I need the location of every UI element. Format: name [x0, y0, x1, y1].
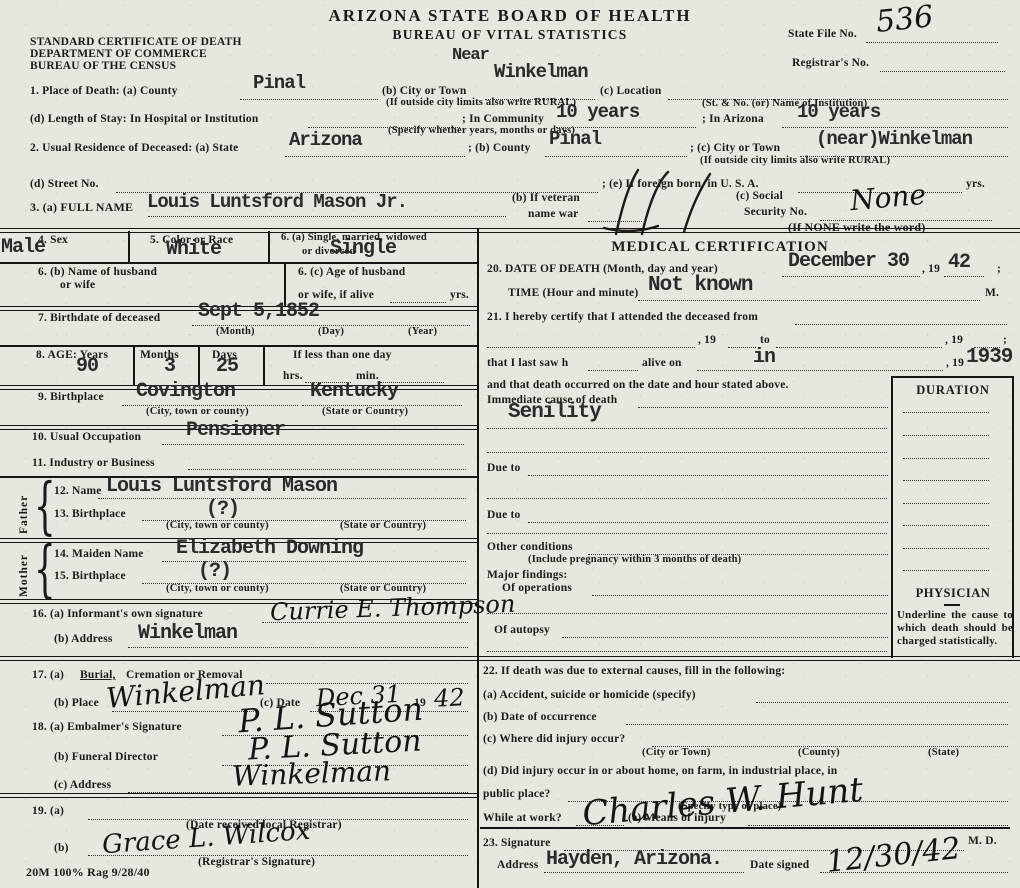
public-place-label: public place? — [483, 788, 550, 800]
birthdate-label: 7. Birthdate of deceased — [38, 312, 160, 324]
dotted-line — [782, 274, 920, 277]
dotted-line — [756, 700, 1008, 703]
dotted-line — [903, 478, 989, 481]
residence-state-value: Arizona — [289, 129, 362, 151]
less-than-day-label: If less than one day — [293, 349, 392, 361]
length-of-stay-label: (d) Length of Stay: In Hospital or Insti… — [30, 113, 258, 125]
in-community-label: ; In Community — [462, 113, 544, 125]
city-or-town-sublabel: (City or Town) — [642, 747, 711, 758]
dotted-line — [562, 635, 888, 638]
ink-scrawl-icon — [598, 168, 758, 236]
row-divider — [0, 345, 478, 347]
burial-place-label: (b) Place — [54, 697, 99, 709]
hrs-label: hrs. — [283, 370, 303, 382]
document-title: ARIZONA STATE BOARD OF HEALTH — [300, 6, 720, 26]
dotted-line — [528, 473, 888, 476]
mother-birthplace-label: 15. Birthplace — [54, 570, 126, 582]
registrar-no-label: Registrar's No. — [792, 57, 869, 69]
yrs-label-2: yrs. — [450, 289, 469, 301]
dotted-line — [545, 154, 687, 157]
physician-instructions: Underline the cause to which death shoul… — [897, 609, 1013, 648]
other-conditions-label: Other conditions — [487, 541, 573, 553]
dotted-line — [487, 649, 887, 652]
of-autopsy-label: Of autopsy — [494, 624, 550, 636]
mother-brace: { — [34, 539, 56, 599]
form-issuer-line3: BUREAU OF THE CENSUS — [30, 60, 176, 72]
county-sublabel: (County) — [798, 747, 840, 758]
dotted-line — [944, 274, 984, 277]
husband-name-label-1: 6. (b) Name of husband — [38, 266, 157, 278]
burial-label: Burial, — [80, 669, 116, 681]
dotted-line — [128, 645, 468, 648]
heading-dash — [944, 604, 960, 606]
external-causes-label: 22. If death was due to external causes,… — [483, 665, 785, 677]
form-issuer-line1: STANDARD CERTIFICATE OF DEATH — [30, 36, 242, 48]
state-country-sublabel: (State or Country) — [340, 520, 426, 531]
time-of-death-value: Not known — [648, 274, 752, 297]
dotted-line — [903, 523, 989, 526]
mother-maiden-name-value: Elizabeth Downing — [176, 537, 363, 560]
dotted-line — [638, 405, 888, 408]
physician-heading: PHYSICIAN — [893, 586, 1013, 601]
date-of-occurrence-label: (b) Date of occurrence — [483, 711, 597, 723]
cell-divider — [198, 345, 200, 385]
race-value: White — [166, 238, 221, 261]
date-signed-label: Date signed — [750, 859, 809, 871]
semicolon: ; — [1003, 334, 1007, 346]
last-saw-year-value: 1939 — [966, 346, 1012, 369]
arizona-years-value: 10 years — [797, 101, 880, 123]
dotted-line — [240, 97, 378, 100]
major-findings-label: Major findings: — [487, 569, 567, 581]
duration-box-border — [891, 376, 1014, 378]
city-town-county-sublabel: (City, town or county) — [166, 520, 269, 531]
registrar-signature-sublabel: (Registrar's Signature) — [198, 856, 315, 868]
father-birthplace-label: 13. Birthplace — [54, 508, 126, 520]
dotted-line — [776, 345, 942, 348]
mother-side-label: Mother — [18, 545, 30, 597]
duration-box-border — [891, 376, 893, 658]
death-certificate-document: STANDARD CERTIFICATE OF DEATH DEPARTMENT… — [0, 0, 1020, 888]
year-prefix: , 19 — [946, 357, 964, 369]
meridiem-label: M. — [985, 287, 999, 299]
dotted-line — [638, 298, 980, 301]
dotted-line — [148, 214, 506, 217]
row-divider — [0, 656, 478, 661]
dotted-line — [880, 69, 1005, 72]
informant-address-label: (b) Address — [54, 633, 113, 645]
registrar-received-label: 19. (a) — [32, 805, 64, 817]
injury-location-label: (d) Did injury occur in or about home, o… — [483, 765, 837, 777]
city-typed-winkelman: Winkelman — [494, 61, 588, 83]
row-divider — [0, 793, 478, 798]
alive-on-label: alive on — [642, 357, 682, 369]
industry-label: 11. Industry or Business — [32, 457, 155, 469]
state-sublabel: (State) — [928, 747, 959, 758]
dotted-line — [487, 496, 887, 499]
rural-note-2: (If outside city limits also write RURAL… — [700, 155, 890, 166]
state-country-sublabel: (State or Country) — [322, 406, 408, 417]
dotted-line — [188, 467, 466, 470]
city-town-county-sublabel: (City, town or county) — [166, 583, 269, 594]
in-arizona-label: ; In Arizona — [702, 113, 764, 125]
dotted-line — [285, 154, 465, 157]
dotted-line — [697, 368, 943, 371]
informant-address-value: Winkelman — [138, 622, 237, 645]
occupation-value: Pensioner — [186, 419, 285, 442]
dotted-line — [162, 442, 464, 445]
burial-year-handwritten: 42 — [433, 683, 465, 713]
cell-divider — [263, 345, 265, 385]
father-name-label: 12. Name — [54, 485, 102, 497]
specify-note: (Specify whether years, months or days) — [388, 125, 575, 136]
city-town-county-sublabel: (City, town or county) — [146, 406, 249, 417]
husband-age-label-1: 6. (c) Age of husband — [298, 266, 405, 278]
physician-address-value: Hayden, Arizona. — [546, 848, 722, 871]
sex-value: Male — [1, 236, 45, 259]
yrs-label: yrs. — [966, 178, 985, 190]
death-occurred-label: and that death occurred on the date and … — [487, 379, 789, 391]
physician-address-label: Address — [497, 859, 538, 871]
street-no-label: (d) Street No. — [30, 178, 99, 190]
row-divider — [0, 385, 478, 390]
death-year-value: 42 — [948, 251, 970, 274]
dotted-line — [903, 501, 989, 504]
registrar-signature-item: (b) — [54, 842, 69, 854]
dotted-line — [528, 520, 888, 523]
md-label: M. D. — [968, 835, 997, 847]
state-file-number-handwritten: 536 — [874, 0, 935, 40]
mother-maiden-name-label: 14. Maiden Name — [54, 548, 144, 560]
last-saw-label: that I last saw h — [487, 357, 568, 369]
year-prefix: , 19 — [698, 334, 716, 346]
mother-birthplace-value: (?) — [198, 560, 231, 583]
dotted-line — [903, 456, 989, 459]
dotted-line — [487, 345, 695, 348]
dotted-line — [903, 410, 989, 413]
birthplace-city-value: Covington — [136, 380, 235, 403]
dotted-line — [795, 322, 1007, 325]
informant-signature-label: 16. (a) Informant's own signature — [32, 608, 203, 620]
rule-line — [480, 827, 1010, 829]
birthdate-value: Sept 5,1852 — [198, 300, 319, 323]
dotted-line — [390, 300, 446, 303]
print-stock-note: 20M 100% Rag 9/28/40 — [26, 865, 150, 880]
pregnancy-note: (Include pregnancy within 3 months of de… — [528, 554, 741, 565]
if-veteran-label: (b) If veteran — [512, 192, 580, 204]
father-birthplace-value: (?) — [206, 498, 239, 521]
residence-city-label: ; (c) City or Town — [690, 142, 780, 154]
to-label: to — [760, 334, 770, 346]
funeral-address-label: (c) Address — [54, 779, 111, 791]
age-days-value: 25 — [216, 355, 238, 378]
year-sublabel: (Year) — [408, 326, 437, 337]
due-to-label: Due to — [487, 462, 520, 474]
age-years-value: 90 — [76, 355, 98, 378]
dotted-line — [487, 426, 887, 429]
place-of-death-label: 1. Place of Death: (a) County — [30, 85, 178, 97]
section-divider — [478, 656, 1020, 661]
dotted-line — [748, 823, 1008, 826]
dotted-line — [903, 433, 989, 436]
residence-county-value: Pinal — [549, 128, 601, 150]
dotted-line — [728, 345, 756, 348]
full-name-value: Louis Luntsford Mason Jr. — [147, 191, 407, 213]
dotted-line — [487, 611, 887, 614]
form-issuer-line2: DEPARTMENT OF COMMERCE — [30, 48, 207, 60]
location-label: (c) Location — [600, 85, 661, 97]
month-sublabel: (Month) — [216, 326, 255, 337]
county-value: Pinal — [253, 72, 305, 94]
city-or-town-label: (b) City or Town — [382, 85, 466, 97]
accident-suicide-label: (a) Accident, suicide or homicide (speci… — [483, 689, 696, 701]
physician-signature-label: 23. Signature — [483, 837, 551, 849]
year-prefix: , 19 — [945, 334, 963, 346]
certify-attended-label: 21. I hereby certify that I attended the… — [487, 311, 758, 323]
cell-divider — [268, 231, 270, 262]
funeral-director-label: (b) Funeral Director — [54, 751, 158, 763]
dotted-line — [588, 368, 638, 371]
document-subtitle: BUREAU OF VITAL STATISTICS — [300, 27, 720, 43]
column-divider — [477, 228, 479, 888]
birthplace-label: 9. Birthplace — [38, 391, 104, 403]
husband-name-label-2: or wife — [60, 279, 95, 291]
usual-residence-label: 2. Usual Residence of Deceased: (a) Stat… — [30, 142, 238, 154]
where-injury-label: (c) Where did injury occur? — [483, 733, 625, 745]
dotted-line — [626, 722, 1008, 725]
residence-city-value: (near)Winkelman — [816, 128, 972, 150]
funeral-address-handwritten: Winkelman — [231, 754, 391, 793]
full-name-label: 3. (a) FULL NAME — [30, 200, 133, 215]
cause-of-death-value: Senility — [508, 401, 601, 424]
year-prefix: , 19 — [922, 263, 940, 275]
marital-value: Single — [330, 237, 396, 260]
city-typed-near: Near — [452, 46, 489, 65]
father-name-value: Louis Luntsford Mason — [106, 475, 337, 498]
birthplace-state-value: Kentucky — [310, 380, 398, 403]
dotted-line — [592, 593, 888, 596]
duration-heading: DURATION — [893, 383, 1013, 398]
row-divider — [0, 262, 478, 264]
alive-on-typed-value: in — [753, 346, 775, 369]
age-months-value: 3 — [164, 355, 175, 378]
father-brace: { — [34, 476, 56, 536]
cell-divider — [128, 231, 130, 262]
embalmer-signature-label: 18. (a) Embalmer's Signature — [32, 721, 182, 733]
state-file-label: State File No. — [788, 28, 857, 40]
dotted-line — [866, 40, 998, 43]
day-sublabel: (Day) — [318, 326, 344, 337]
dotted-line — [487, 450, 887, 453]
due-to-label: Due to — [487, 509, 520, 521]
occupation-label: 10. Usual Occupation — [32, 431, 141, 443]
dotted-line — [903, 546, 989, 549]
cell-divider — [133, 345, 135, 385]
residence-county-label: ; (b) County — [468, 142, 530, 154]
while-at-work-label: While at work? — [483, 812, 562, 824]
date-of-death-value: December 30 — [788, 250, 909, 273]
name-war-label: name war — [528, 208, 578, 220]
time-of-death-label: TIME (Hour and minute) — [508, 287, 638, 299]
dotted-line — [903, 568, 989, 571]
burial-item-number: 17. (a) — [32, 669, 64, 681]
rural-note: (If outside city limits also write RURAL… — [386, 97, 576, 108]
community-years-value: 10 years — [556, 101, 639, 123]
if-none-note: (If NONE write the word) — [788, 220, 925, 235]
semicolon: ; — [997, 263, 1001, 275]
ssn-none-handwritten: None — [849, 178, 928, 217]
father-side-label: Father — [18, 482, 30, 534]
dotted-line — [487, 531, 887, 534]
